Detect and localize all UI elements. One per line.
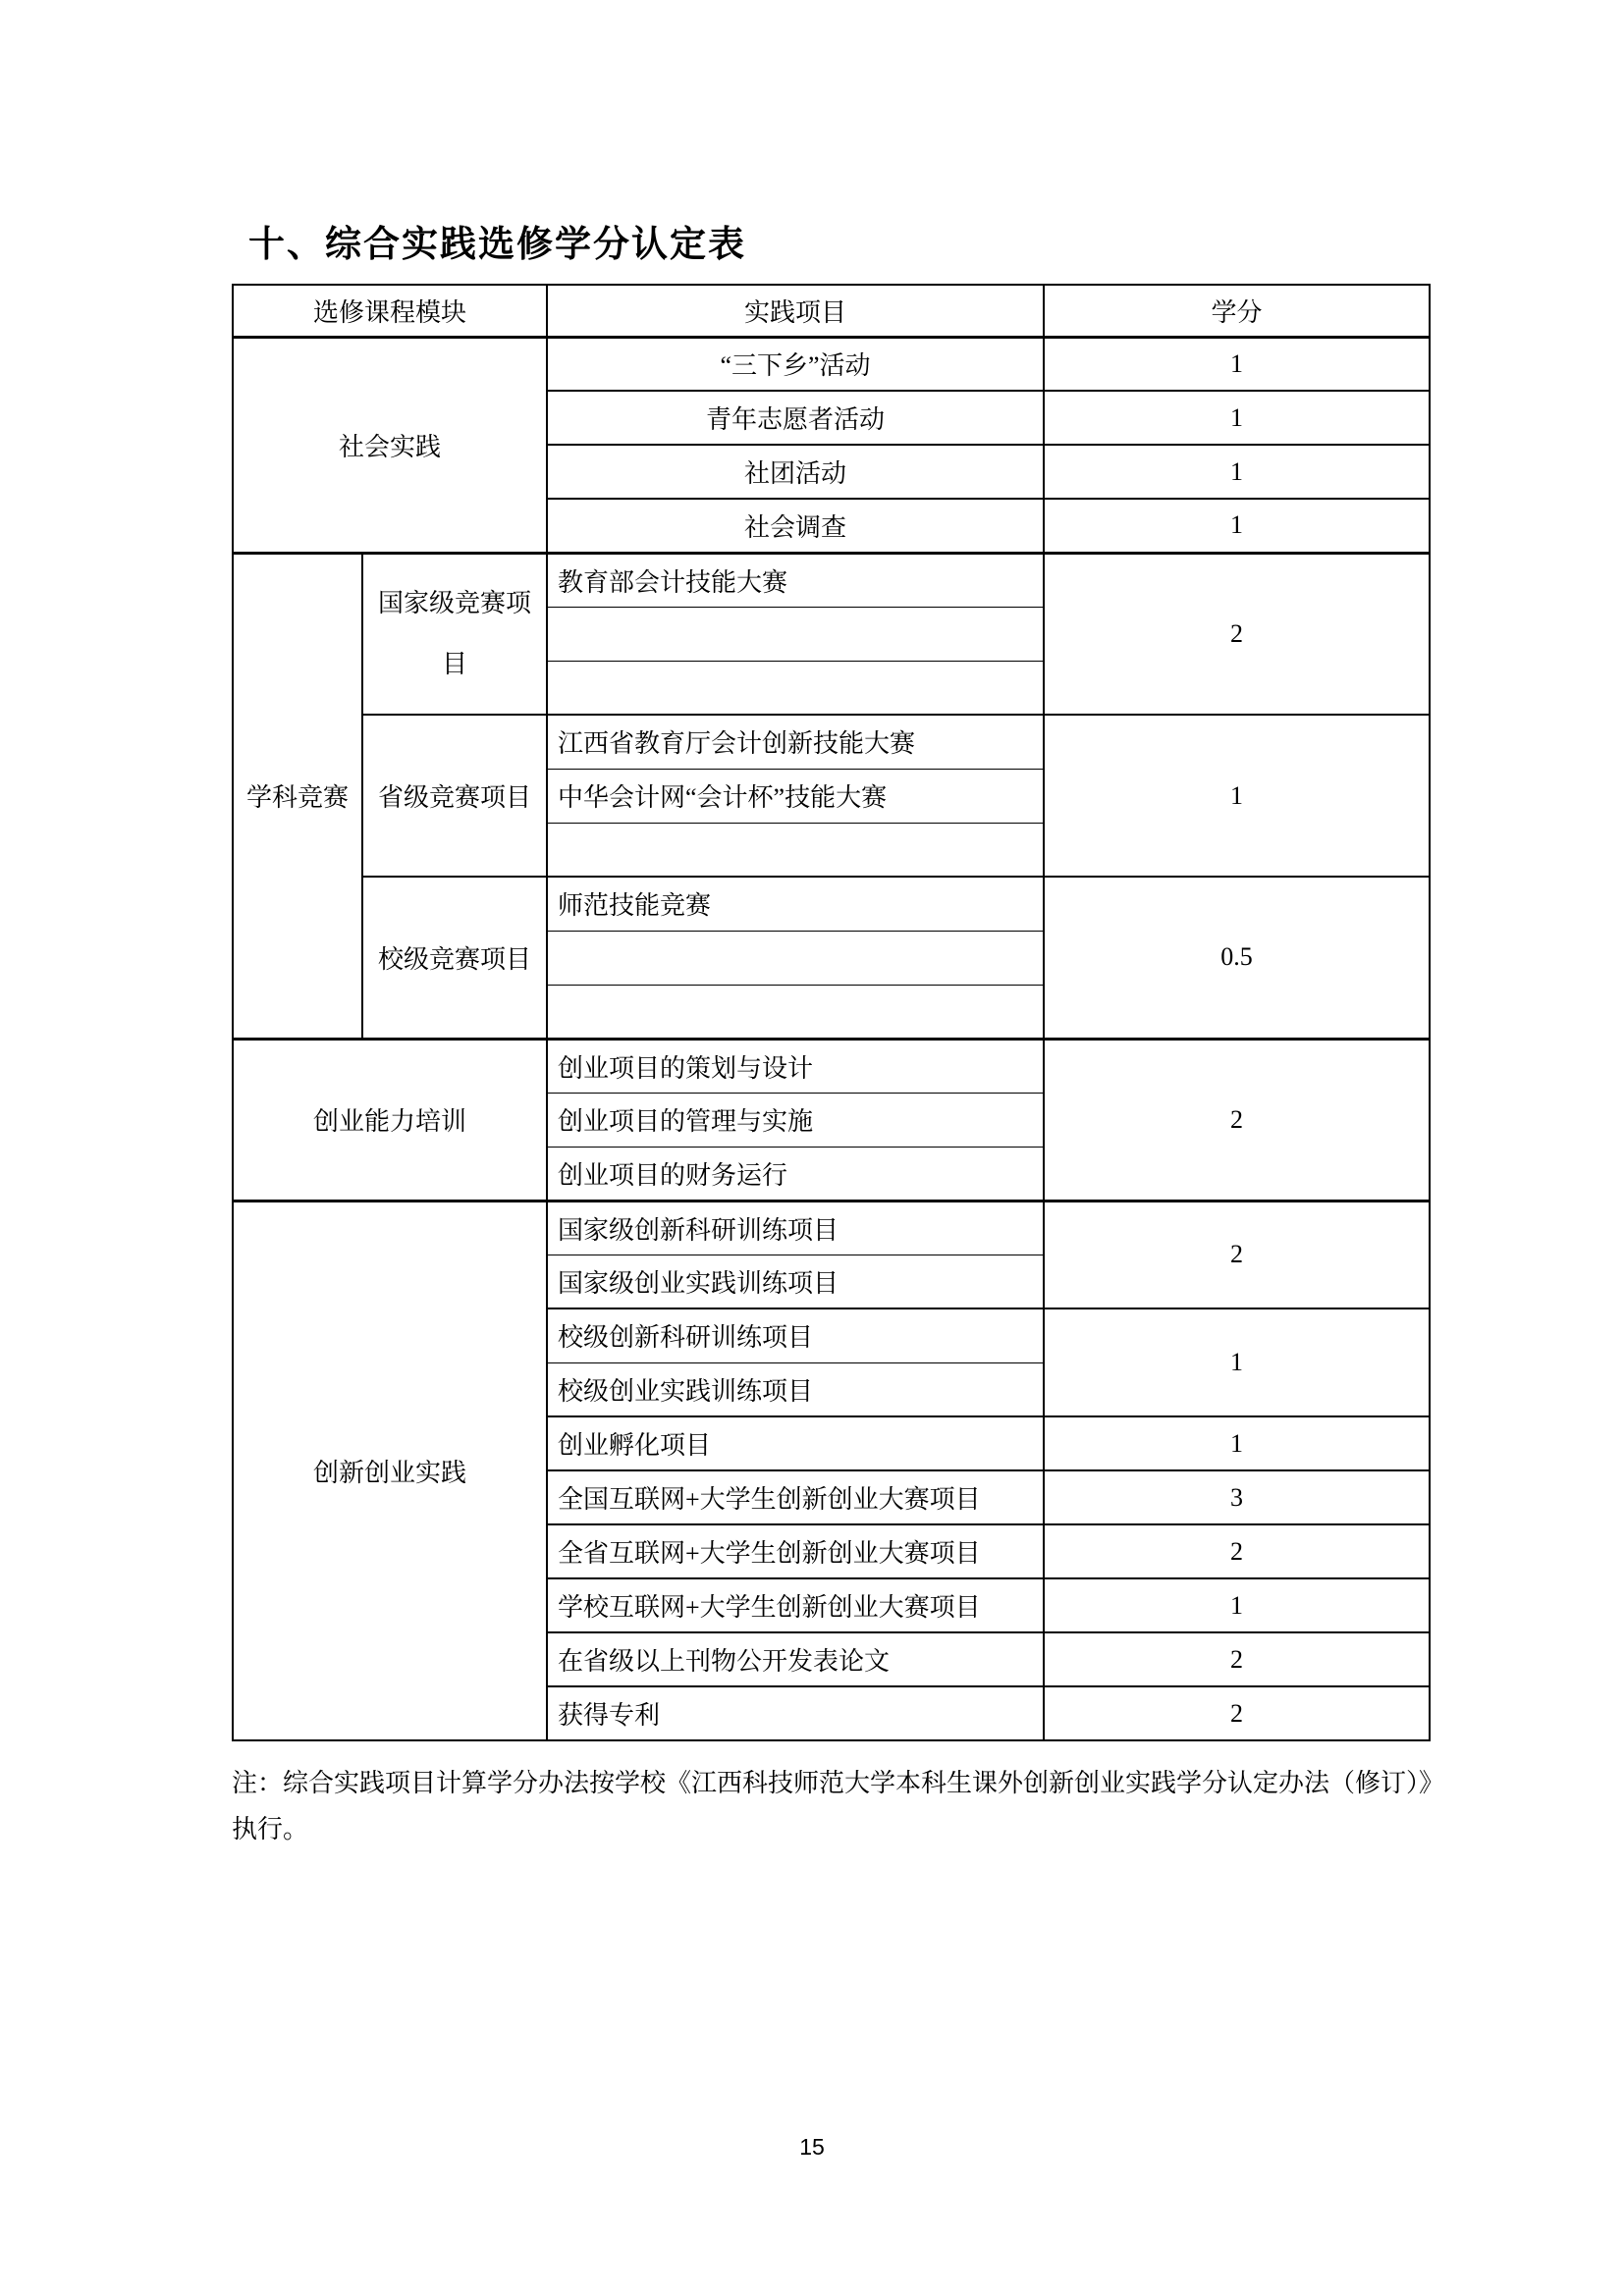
credit-cell: 1 — [1044, 337, 1430, 391]
table-row: 创新创业实践 国家级创新科研训练项目 2 — [233, 1201, 1430, 1255]
footnote: 注：综合实践项目计算学分办法按学校《江西科技师范大学本科生课外创新创业实践学分认… — [232, 1760, 1439, 1852]
project-cell: 社团活动 — [547, 445, 1044, 499]
project-cell: 创业项目的管理与实施 — [547, 1093, 1044, 1147]
credit-cell: 2 — [1044, 1686, 1430, 1740]
table-row: 省级竞赛项目 江西省教育厅会计创新技能大赛 1 — [233, 715, 1430, 769]
project-cell: 师范技能竞赛 — [547, 877, 1044, 931]
credit-cell: 3 — [1044, 1470, 1430, 1524]
competition-level-cell-national: 国家级竞赛项目 — [362, 553, 547, 715]
project-cell: 校级创新科研训练项目 — [547, 1308, 1044, 1362]
project-cell: 国家级创新科研训练项目 — [547, 1201, 1044, 1255]
module-cell-entrepreneurship-training: 创业能力培训 — [233, 1039, 547, 1201]
header-credit-cell: 学分 — [1044, 285, 1430, 337]
credit-cell: 1 — [1044, 715, 1430, 877]
table-row: 社会实践 “三下乡”活动 1 — [233, 337, 1430, 391]
credit-cell: 1 — [1044, 499, 1430, 553]
page-title: 十、综合实践选修学分认定表 — [248, 214, 746, 267]
header-project-cell: 实践项目 — [547, 285, 1044, 337]
project-cell: 创业项目的策划与设计 — [547, 1039, 1044, 1093]
project-cell: 校级创业实践训练项目 — [547, 1362, 1044, 1416]
project-cell: 青年志愿者活动 — [547, 391, 1044, 445]
credit-cell: 1 — [1044, 391, 1430, 445]
module-cell-innovation-practice: 创新创业实践 — [233, 1201, 547, 1740]
document-page: 十、综合实践选修学分认定表 选修课程模块 实践项目 学分 社会实践 “三下乡”活… — [0, 0, 1624, 2296]
table-row: 学科竞赛 国家级竞赛项目 教育部会计技能大赛 2 — [233, 553, 1430, 607]
footnote-line-2: 执行。 — [232, 1806, 1439, 1852]
competition-level-cell-school: 校级竞赛项目 — [362, 877, 547, 1039]
credit-cell: 2 — [1044, 1039, 1430, 1201]
project-cell-empty — [547, 823, 1044, 877]
footnote-line-1: 注：综合实践项目计算学分办法按学校《江西科技师范大学本科生课外创新创业实践学分认… — [232, 1760, 1439, 1806]
table-row: 创业能力培训 创业项目的策划与设计 2 — [233, 1039, 1430, 1093]
credit-cell: 1 — [1044, 445, 1430, 499]
credit-cell: 1 — [1044, 1416, 1430, 1470]
module-cell-subject-competition: 学科竞赛 — [233, 553, 362, 1039]
table-row: 校级竞赛项目 师范技能竞赛 0.5 — [233, 877, 1430, 931]
project-cell: 全国互联网+大学生创新创业大赛项目 — [547, 1470, 1044, 1524]
project-cell: 全省互联网+大学生创新创业大赛项目 — [547, 1524, 1044, 1578]
credit-cell: 2 — [1044, 553, 1430, 715]
project-cell: “三下乡”活动 — [547, 337, 1044, 391]
competition-level-cell-provincial: 省级竞赛项目 — [362, 715, 547, 877]
credit-cell: 2 — [1044, 1524, 1430, 1578]
credit-cell: 2 — [1044, 1632, 1430, 1686]
project-cell: 创业项目的财务运行 — [547, 1147, 1044, 1201]
project-cell-empty — [547, 661, 1044, 715]
credit-cell: 0.5 — [1044, 877, 1430, 1039]
credit-cell: 2 — [1044, 1201, 1430, 1308]
project-cell-empty — [547, 985, 1044, 1039]
credit-recognition-table: 选修课程模块 实践项目 学分 社会实践 “三下乡”活动 1 青年志愿者活动 1 … — [232, 284, 1431, 1741]
project-cell-empty — [547, 607, 1044, 661]
project-cell-empty — [547, 931, 1044, 985]
table-header-row: 选修课程模块 实践项目 学分 — [233, 285, 1430, 337]
project-cell: 教育部会计技能大赛 — [547, 553, 1044, 607]
project-cell: 创业孵化项目 — [547, 1416, 1044, 1470]
project-cell: 中华会计网“会计杯”技能大赛 — [547, 769, 1044, 823]
credit-cell: 1 — [1044, 1308, 1430, 1416]
project-cell: 国家级创业实践训练项目 — [547, 1255, 1044, 1308]
project-cell: 学校互联网+大学生创新创业大赛项目 — [547, 1578, 1044, 1632]
project-cell: 社会调查 — [547, 499, 1044, 553]
module-cell-social-practice: 社会实践 — [233, 337, 547, 553]
page-number: 15 — [0, 2134, 1624, 2161]
project-cell: 在省级以上刊物公开发表论文 — [547, 1632, 1044, 1686]
project-cell: 获得专利 — [547, 1686, 1044, 1740]
credit-cell: 1 — [1044, 1578, 1430, 1632]
header-module-cell: 选修课程模块 — [233, 285, 547, 337]
project-cell: 江西省教育厅会计创新技能大赛 — [547, 715, 1044, 769]
